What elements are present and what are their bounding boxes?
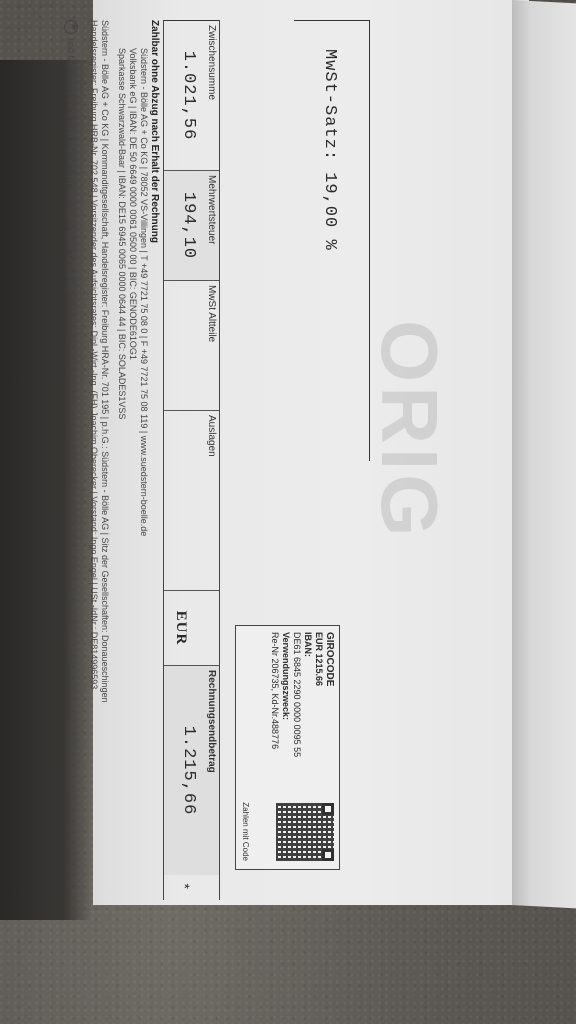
subtotal-header: Zwischensumme	[206, 25, 217, 166]
brand-note: und Mercedes-Benz sind Marken der Merced…	[64, 20, 78, 900]
bank-details: Südstern - Bölle AG + Co KG | 78052 VS-V…	[116, 20, 149, 900]
vat-oldparts-header: MwSt Altteile	[206, 285, 217, 406]
tax-rate-label: MwSt-Satz:	[320, 49, 339, 161]
total-value: 1.215,66	[179, 670, 198, 871]
total-header: Rechnungsendbetrag	[206, 670, 217, 871]
legal-details: Südstern - Bölle AG + Co KG | Kommanditg…	[88, 20, 110, 900]
qr-caption: Zahlen mit Code	[240, 802, 251, 861]
tax-rate-box: MwSt-Satz: 19,00 %	[294, 20, 370, 461]
bank-line: Volksbank eG | IBAN: DE 50 6649 0000 006…	[127, 48, 138, 900]
mercedes-star-icon	[64, 20, 78, 34]
original-watermark: ORIG	[363, 320, 455, 540]
bank-line: Südstern - Bölle AG + Co KG | 78052 VS-V…	[138, 48, 149, 900]
currency-value: EUR	[172, 611, 189, 646]
total-marker: *	[177, 884, 193, 889]
totals-table: Zwischensumme 1.021,56 Mehrwertsteuer 19…	[163, 20, 220, 900]
payment-terms: Zahlbar ohne Abzug nach Erhalt der Rechn…	[149, 20, 160, 900]
brand-note-text: und Mercedes-Benz sind Marken der Merced…	[66, 38, 77, 294]
invoice-content: MwSt-Satz: 19,00 % GIROCODE EUR 1215.66 …	[100, 20, 370, 900]
tax-rate-value: 19,00 %	[320, 172, 339, 250]
expenses-cell: Auslagen	[164, 410, 219, 590]
paper-fold	[512, 0, 576, 908]
girocode-box: GIROCODE EUR 1215.66 IBAN: DE61 6845 229…	[235, 625, 340, 870]
bank-line: Sparkasse Schwarzwald-Baar | IBAN: DE15 …	[116, 48, 127, 900]
vat-value: 194,10	[179, 175, 198, 276]
vat-oldparts-cell: MwSt Altteile	[164, 280, 219, 410]
legal-line: Handelsregister: Freiburg HRB-Nr. 702 54…	[88, 20, 99, 900]
vat-header: Mehrwertsteuer	[206, 175, 217, 276]
expenses-header: Auslagen	[206, 415, 217, 586]
currency-cell: EUR	[164, 590, 219, 665]
subtotal-value: 1.021,56	[179, 25, 198, 166]
subtotal-cell: Zwischensumme 1.021,56	[164, 20, 219, 170]
invoice-footer: Zahlbar ohne Abzug nach Erhalt der Rechn…	[64, 20, 160, 900]
legal-line: Südstern - Bölle AG + Co KG | Kommanditg…	[99, 20, 110, 900]
qr-code-icon[interactable]	[276, 803, 334, 861]
total-cell: Rechnungsendbetrag 1.215,66 *	[164, 665, 219, 875]
vat-cell: Mehrwertsteuer 194,10	[164, 170, 219, 280]
tax-rate: MwSt-Satz: 19,00 %	[320, 49, 339, 251]
